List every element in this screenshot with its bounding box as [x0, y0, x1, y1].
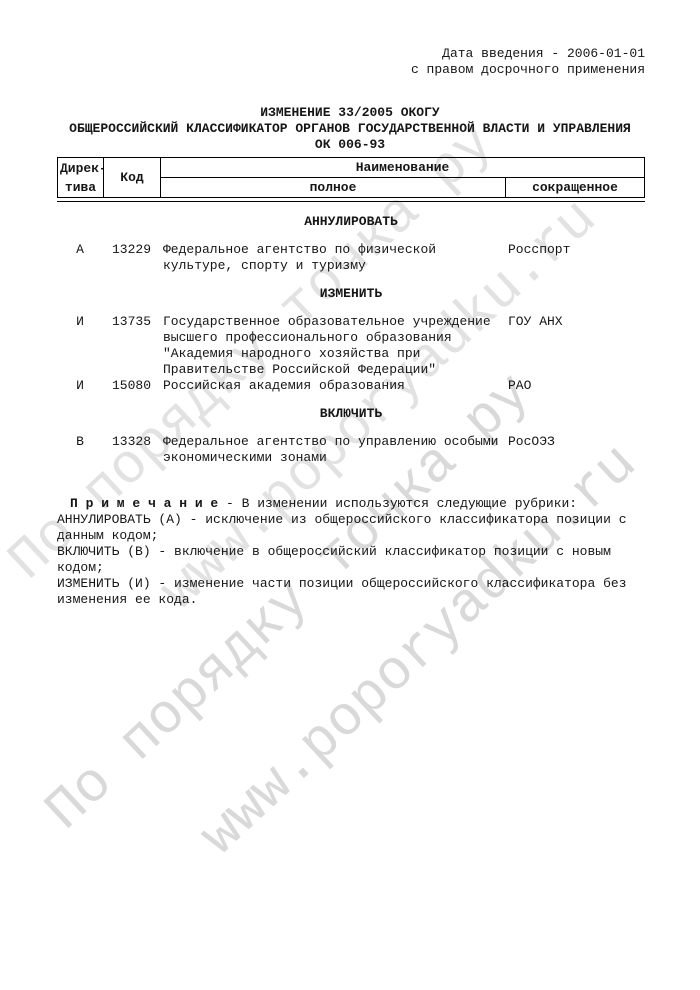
note-line: ВКЛЮЧИТЬ (В) - включение в общероссийски…: [57, 544, 645, 560]
directive-cell: В: [57, 434, 103, 450]
document-title: ИЗМЕНЕНИЕ 33/2005 ОКОГУ ОБЩЕРОССИЙСКИЙ К…: [0, 105, 700, 153]
short-name-cell: ГОУ АНХ: [505, 314, 645, 330]
note-line: данным кодом;: [57, 528, 645, 544]
section-heading-annul: АННУЛИРОВАТЬ: [57, 214, 645, 230]
code-cell: 15080: [103, 378, 160, 394]
note-label: П р и м е ч а н и е: [70, 496, 218, 511]
note-line: ИЗМЕНИТЬ (И) - изменение части позиции о…: [57, 576, 645, 592]
code-cell: 13229: [103, 242, 160, 258]
full-name-line: высшего профессионального образования: [163, 330, 505, 346]
full-name-line: Правительстве Российской Федерации": [163, 362, 505, 378]
section-heading-include: ВКЛЮЧИТЬ: [57, 406, 645, 422]
document-content: Дата введения - 2006-01-01 с правом доср…: [0, 46, 700, 608]
section-rows-include: В 13328 Федеральное агентство по управле…: [57, 434, 645, 466]
table-row: В 13328 Федеральное агентство по управле…: [57, 434, 645, 466]
directive-cell: И: [57, 314, 103, 330]
table-row: И 15080 Российская академия образования …: [57, 378, 645, 394]
full-name-line: "Академия народного хозяйства при: [163, 346, 505, 362]
header-directive-line2: тива: [65, 180, 96, 195]
section-rows-change: И 13735 Государственное образовательное …: [57, 314, 645, 394]
section-rows-annul: А 13229 Федеральное агентство по физичес…: [57, 242, 645, 274]
title-line-classifier-name: ОБЩЕРОССИЙСКИЙ КЛАССИФИКАТОР ОРГАНОВ ГОС…: [0, 121, 700, 137]
header-cell-full-name: полное: [161, 178, 506, 198]
code-cell: 13735: [103, 314, 160, 330]
header-directive-line1: Дирек-: [60, 161, 104, 176]
full-name-line: экономическими зонами: [163, 450, 505, 466]
code-cell: 13328: [103, 434, 160, 450]
full-name-line: Российская академия образования: [163, 378, 505, 394]
full-name-cell: Федеральное агентство по физической куль…: [160, 242, 505, 274]
introduction-date-block: Дата введения - 2006-01-01 с правом доср…: [0, 46, 645, 78]
full-name-line: культуре, спорту и туризму: [163, 258, 505, 274]
note-line: П р и м е ч а н и е - В изменении исполь…: [57, 496, 645, 512]
document-page: По порядку точка ру www.poporyadku.ru По…: [0, 0, 700, 990]
header-double-rule: [57, 201, 645, 202]
section-heading-change: ИЗМЕНИТЬ: [57, 286, 645, 302]
full-name-cell: Государственное образовательное учрежден…: [160, 314, 505, 378]
short-name-cell: РАО: [505, 378, 645, 394]
full-name-cell: Федеральное агентство по управлению особ…: [160, 434, 505, 466]
introduction-date: Дата введения - 2006-01-01: [0, 46, 645, 62]
note-intro: - В изменении используются следующие руб…: [226, 496, 577, 511]
directive-cell: И: [57, 378, 103, 394]
early-application-note: с правом досрочного применения: [0, 62, 645, 78]
header-cell-code: Код: [104, 158, 161, 198]
table-row: А 13229 Федеральное агентство по физичес…: [57, 242, 645, 274]
table-row: И 13735 Государственное образовательное …: [57, 314, 645, 378]
note-block: П р и м е ч а н и е - В изменении исполь…: [57, 496, 645, 608]
full-name-cell: Российская академия образования: [160, 378, 505, 394]
classifier-table-header: Дирек-тива Код Наименование полное сокра…: [57, 157, 645, 198]
note-line: изменения ее кода.: [57, 592, 645, 608]
full-name-line: Федеральное агентство по управлению особ…: [163, 434, 505, 450]
title-line-ok-code: ОК 006-93: [0, 137, 700, 153]
header-cell-short-name: сокращенное: [506, 178, 645, 198]
short-name-cell: РосОЭЗ: [505, 434, 645, 450]
title-line-change-number: ИЗМЕНЕНИЕ 33/2005 ОКОГУ: [0, 105, 700, 121]
table-body: АННУЛИРОВАТЬ А 13229 Федеральное агентст…: [57, 214, 645, 466]
full-name-line: Государственное образовательное учрежден…: [163, 314, 505, 330]
note-line: кодом;: [57, 560, 645, 576]
table-header-block: Дирек-тива Код Наименование полное сокра…: [57, 157, 645, 202]
note-line: АННУЛИРОВАТЬ (А) - исключение из общерос…: [57, 512, 645, 528]
full-name-line: Федеральное агентство по физической: [163, 242, 505, 258]
header-cell-directive: Дирек-тива: [58, 158, 104, 198]
directive-cell: А: [57, 242, 103, 258]
short-name-cell: Росспорт: [505, 242, 645, 258]
header-cell-name: Наименование: [161, 158, 645, 178]
